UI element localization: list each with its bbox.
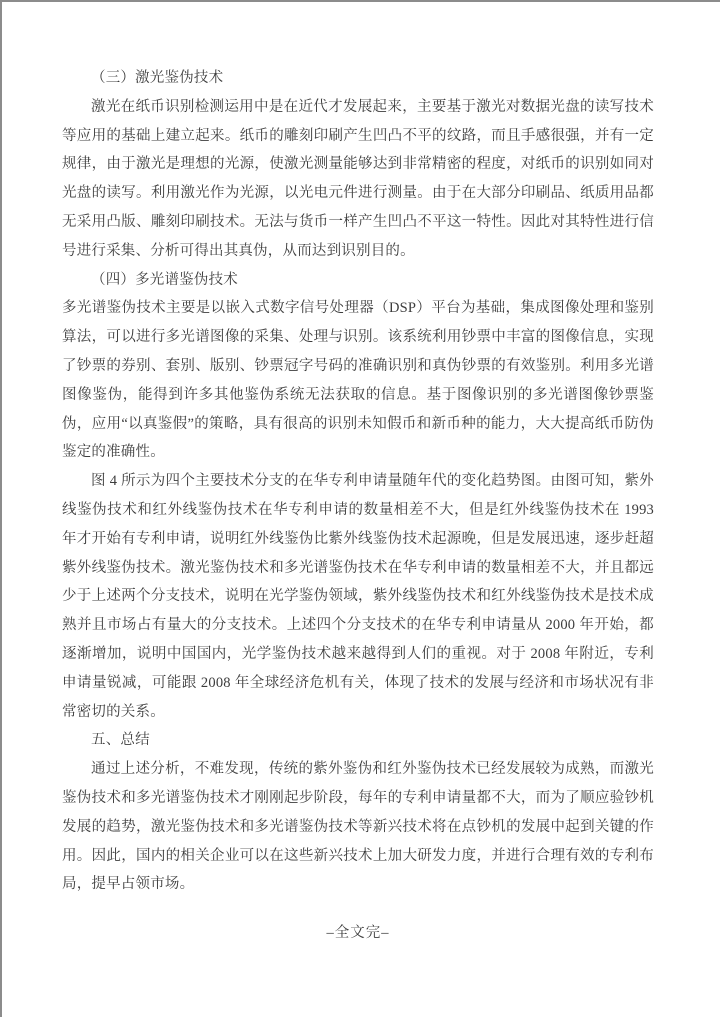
section-heading-multispectral: （四）多光谱鉴伪技术 [62,266,654,295]
document-page: （三）激光鉴伪技术 激光在纸币识别检测运用中是在近代才发展起来，主要基于激光对数… [0,0,720,1017]
paragraph-figure4-patent-trend: 图 4 所示为四个主要技术分支的在华专利申请量随年代的变化趋势图。由图可知，紫外… [62,467,654,726]
section-heading-laser: （三）激光鉴伪技术 [62,64,654,93]
end-of-text-marker: –全文完– [62,919,654,948]
paragraph-multispectral-tech: 多光谱鉴伪技术主要是以嵌入式数字信号处理器（DSP）平台为基础，集成图像处理和鉴… [62,294,654,467]
section-heading-summary: 五、总结 [62,726,654,755]
page-content: （三）激光鉴伪技术 激光在纸币识别检测运用中是在近代才发展起来，主要基于激光对数… [2,2,720,948]
paragraph-summary: 通过上述分析，不难发现，传统的紫外鉴伪和红外鉴伪技术已经发展较为成熟，而激光鉴伪… [62,755,654,899]
paragraph-laser-tech: 激光在纸币识别检测运用中是在近代才发展起来，主要基于激光对数据光盘的读写技术等应… [62,93,654,266]
